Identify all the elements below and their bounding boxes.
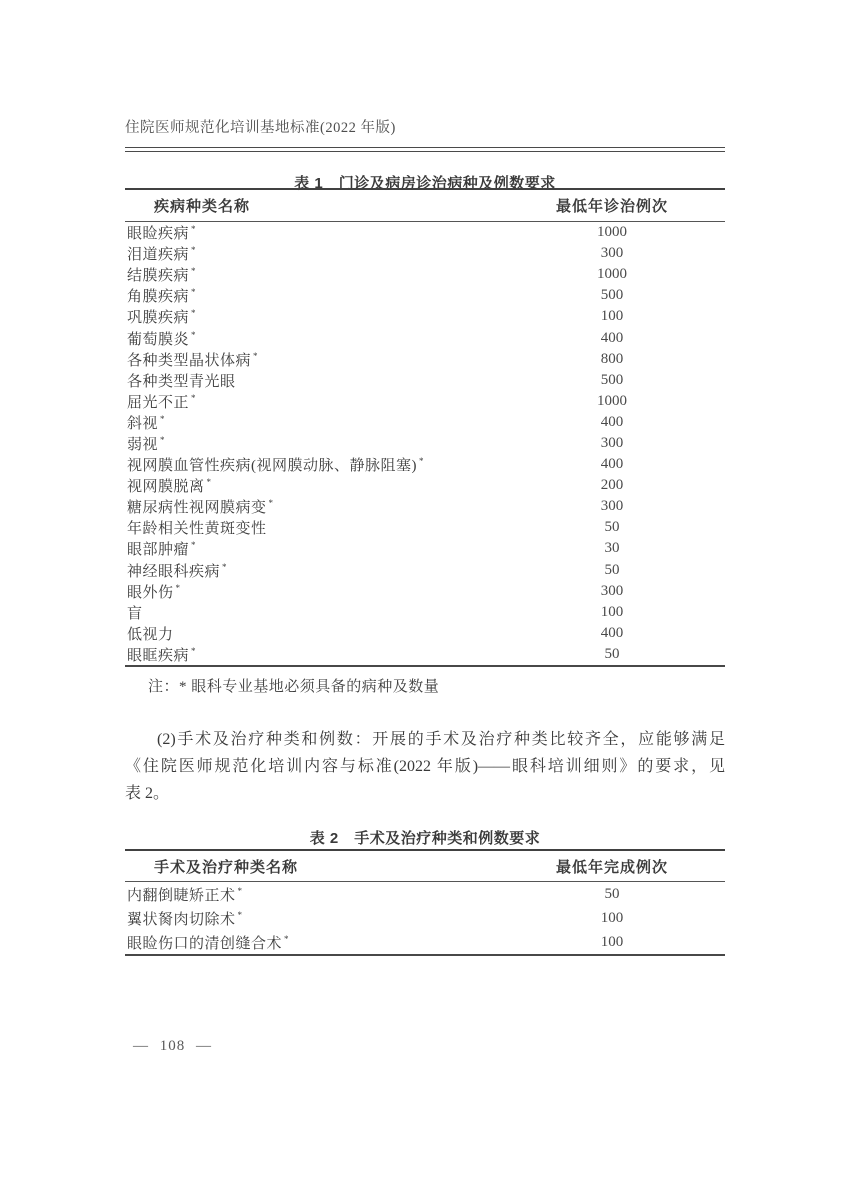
- row-label: 弱视*: [125, 433, 527, 454]
- table-row: 结膜疾病*1000: [125, 264, 725, 285]
- required-asterisk: *: [222, 562, 227, 572]
- row-label: 眼睑伤口的清创缝合术*: [125, 932, 527, 953]
- required-asterisk: *: [238, 910, 243, 920]
- body-paragraph: (2)手术及治疗种类和例数：开展的手术及治疗种类比较齐全，应能够满足 《住院医师…: [125, 726, 725, 807]
- table-row: 角膜疾病*500: [125, 285, 725, 306]
- table1-body: 眼睑疾病*1000泪道疾病*300结膜疾病*1000角膜疾病*500巩膜疾病*1…: [125, 222, 725, 665]
- row-value: 500: [527, 372, 697, 389]
- table-row: 斜视*400: [125, 412, 725, 433]
- row-value: 400: [527, 456, 697, 473]
- table-row: 各种类型晶状体病*800: [125, 349, 725, 370]
- required-asterisk: *: [284, 934, 289, 944]
- row-value: 50: [527, 519, 697, 536]
- paragraph-line: 表 2。: [125, 780, 725, 807]
- row-value: 500: [527, 287, 697, 304]
- table-row: 糖尿病性视网膜病变*300: [125, 496, 725, 517]
- table1-col1-header: 疾病种类名称: [125, 195, 527, 216]
- row-label: 低视力: [125, 623, 527, 644]
- required-asterisk: *: [191, 266, 196, 276]
- row-value: 400: [527, 625, 697, 642]
- required-asterisk: *: [160, 414, 165, 424]
- table1: 疾病种类名称 最低年诊治例次 眼睑疾病*1000泪道疾病*300结膜疾病*100…: [125, 188, 725, 667]
- row-label: 各种类型青光眼: [125, 370, 527, 391]
- table-row: 年龄相关性黄斑变性50: [125, 517, 725, 538]
- required-asterisk: *: [191, 540, 196, 550]
- required-asterisk: *: [238, 886, 243, 896]
- row-value: 1000: [527, 266, 697, 283]
- row-label: 泪道疾病*: [125, 243, 527, 264]
- row-label: 眼部肿瘤*: [125, 538, 527, 559]
- row-value: 400: [527, 414, 697, 431]
- row-value: 30: [527, 540, 697, 557]
- table2: 手术及治疗种类名称 最低年完成例次 内翻倒睫矫正术*50翼状胬肉切除术*100眼…: [125, 849, 725, 956]
- table2-caption: 表 2 手术及治疗种类和例数要求: [125, 827, 725, 848]
- required-asterisk: *: [207, 477, 212, 487]
- row-value: 800: [527, 351, 697, 368]
- required-asterisk: *: [191, 646, 196, 656]
- table-row: 神经眼科疾病*50: [125, 560, 725, 581]
- table-row: 眼外伤*300: [125, 581, 725, 602]
- required-asterisk: *: [191, 393, 196, 403]
- table2-bottom-rule: [125, 954, 725, 956]
- required-asterisk: *: [176, 583, 181, 593]
- required-asterisk: *: [191, 245, 196, 255]
- row-value: 300: [527, 435, 697, 452]
- required-asterisk: *: [160, 435, 165, 445]
- row-value: 100: [527, 934, 697, 951]
- table-row: 视网膜脱离*200: [125, 475, 725, 496]
- row-label: 年龄相关性黄斑变性: [125, 517, 527, 538]
- row-value: 50: [527, 886, 697, 903]
- table-row: 弱视*300: [125, 433, 725, 454]
- page-number: — 108 —: [133, 1038, 212, 1055]
- row-label: 斜视*: [125, 412, 527, 433]
- running-head: 住院医师规范化培训基地标准(2022 年版): [125, 116, 725, 137]
- table2-body: 内翻倒睫矫正术*50翼状胬肉切除术*100眼睑伤口的清创缝合术*100: [125, 882, 725, 954]
- row-value: 300: [527, 498, 697, 515]
- row-label: 视网膜血管性疾病(视网膜动脉、静脉阻塞)*: [125, 454, 527, 475]
- table2-header-row: 手术及治疗种类名称 最低年完成例次: [125, 851, 725, 881]
- row-value: 100: [527, 910, 697, 927]
- row-label: 结膜疾病*: [125, 264, 527, 285]
- table-row: 内翻倒睫矫正术*50: [125, 882, 725, 906]
- row-value: 200: [527, 477, 697, 494]
- table1-col2-header: 最低年诊治例次: [527, 195, 697, 216]
- table-row: 眼眶疾病*50: [125, 644, 725, 665]
- required-asterisk: *: [419, 456, 424, 466]
- table1-header-row: 疾病种类名称 最低年诊治例次: [125, 190, 725, 221]
- table-row: 盲100: [125, 602, 725, 623]
- row-value: 100: [527, 308, 697, 325]
- row-label: 神经眼科疾病*: [125, 560, 527, 581]
- row-label: 翼状胬肉切除术*: [125, 908, 527, 929]
- table-row: 各种类型青光眼500: [125, 370, 725, 391]
- table-row: 低视力400: [125, 623, 725, 644]
- table-row: 眼睑伤口的清创缝合术*100: [125, 930, 725, 954]
- required-asterisk: *: [253, 351, 258, 361]
- table-row: 眼睑疾病*1000: [125, 222, 725, 243]
- row-value: 300: [527, 583, 697, 600]
- required-asterisk: *: [191, 330, 196, 340]
- row-label: 糖尿病性视网膜病变*: [125, 496, 527, 517]
- row-label: 眼外伤*: [125, 581, 527, 602]
- row-label: 屈光不正*: [125, 391, 527, 412]
- row-label: 各种类型晶状体病*: [125, 349, 527, 370]
- row-value: 50: [527, 646, 697, 663]
- required-asterisk: *: [191, 287, 196, 297]
- table-row: 翼状胬肉切除术*100: [125, 906, 725, 930]
- table-row: 视网膜血管性疾病(视网膜动脉、静脉阻塞)*400: [125, 454, 725, 475]
- table-row: 泪道疾病*300: [125, 243, 725, 264]
- table-row: 眼部肿瘤*30: [125, 538, 725, 559]
- table2-col1-header: 手术及治疗种类名称: [125, 856, 527, 877]
- header-double-rule: [125, 147, 725, 152]
- document-page: 住院医师规范化培训基地标准(2022 年版) 表 1 门诊及病房诊治病种及例数要…: [0, 0, 849, 1200]
- table1-note: 注：* 眼科专业基地必须具备的病种及数量: [148, 675, 439, 696]
- table-row: 屈光不正*1000: [125, 391, 725, 412]
- table1-bottom-rule: [125, 665, 725, 667]
- row-label: 眼眶疾病*: [125, 644, 527, 665]
- table2-col2-header: 最低年完成例次: [527, 856, 697, 877]
- row-label: 角膜疾病*: [125, 285, 527, 306]
- row-label: 巩膜疾病*: [125, 306, 527, 327]
- row-value: 100: [527, 604, 697, 621]
- row-label: 盲: [125, 602, 527, 623]
- table-row: 葡萄膜炎*400: [125, 327, 725, 348]
- row-label: 视网膜脱离*: [125, 475, 527, 496]
- row-value: 400: [527, 330, 697, 347]
- required-asterisk: *: [191, 308, 196, 318]
- row-label: 葡萄膜炎*: [125, 328, 527, 349]
- row-label: 眼睑疾病*: [125, 222, 527, 243]
- paragraph-line: 《住院医师规范化培训内容与标准(2022 年版)——眼科培训细则》的要求，见: [125, 753, 725, 780]
- table-row: 巩膜疾病*100: [125, 306, 725, 327]
- row-value: 300: [527, 245, 697, 262]
- row-label: 内翻倒睫矫正术*: [125, 884, 527, 905]
- row-value: 1000: [527, 224, 697, 241]
- row-value: 50: [527, 562, 697, 579]
- paragraph-line: (2)手术及治疗种类和例数：开展的手术及治疗种类比较齐全，应能够满足: [125, 726, 725, 753]
- required-asterisk: *: [269, 498, 274, 508]
- required-asterisk: *: [191, 224, 196, 234]
- row-value: 1000: [527, 393, 697, 410]
